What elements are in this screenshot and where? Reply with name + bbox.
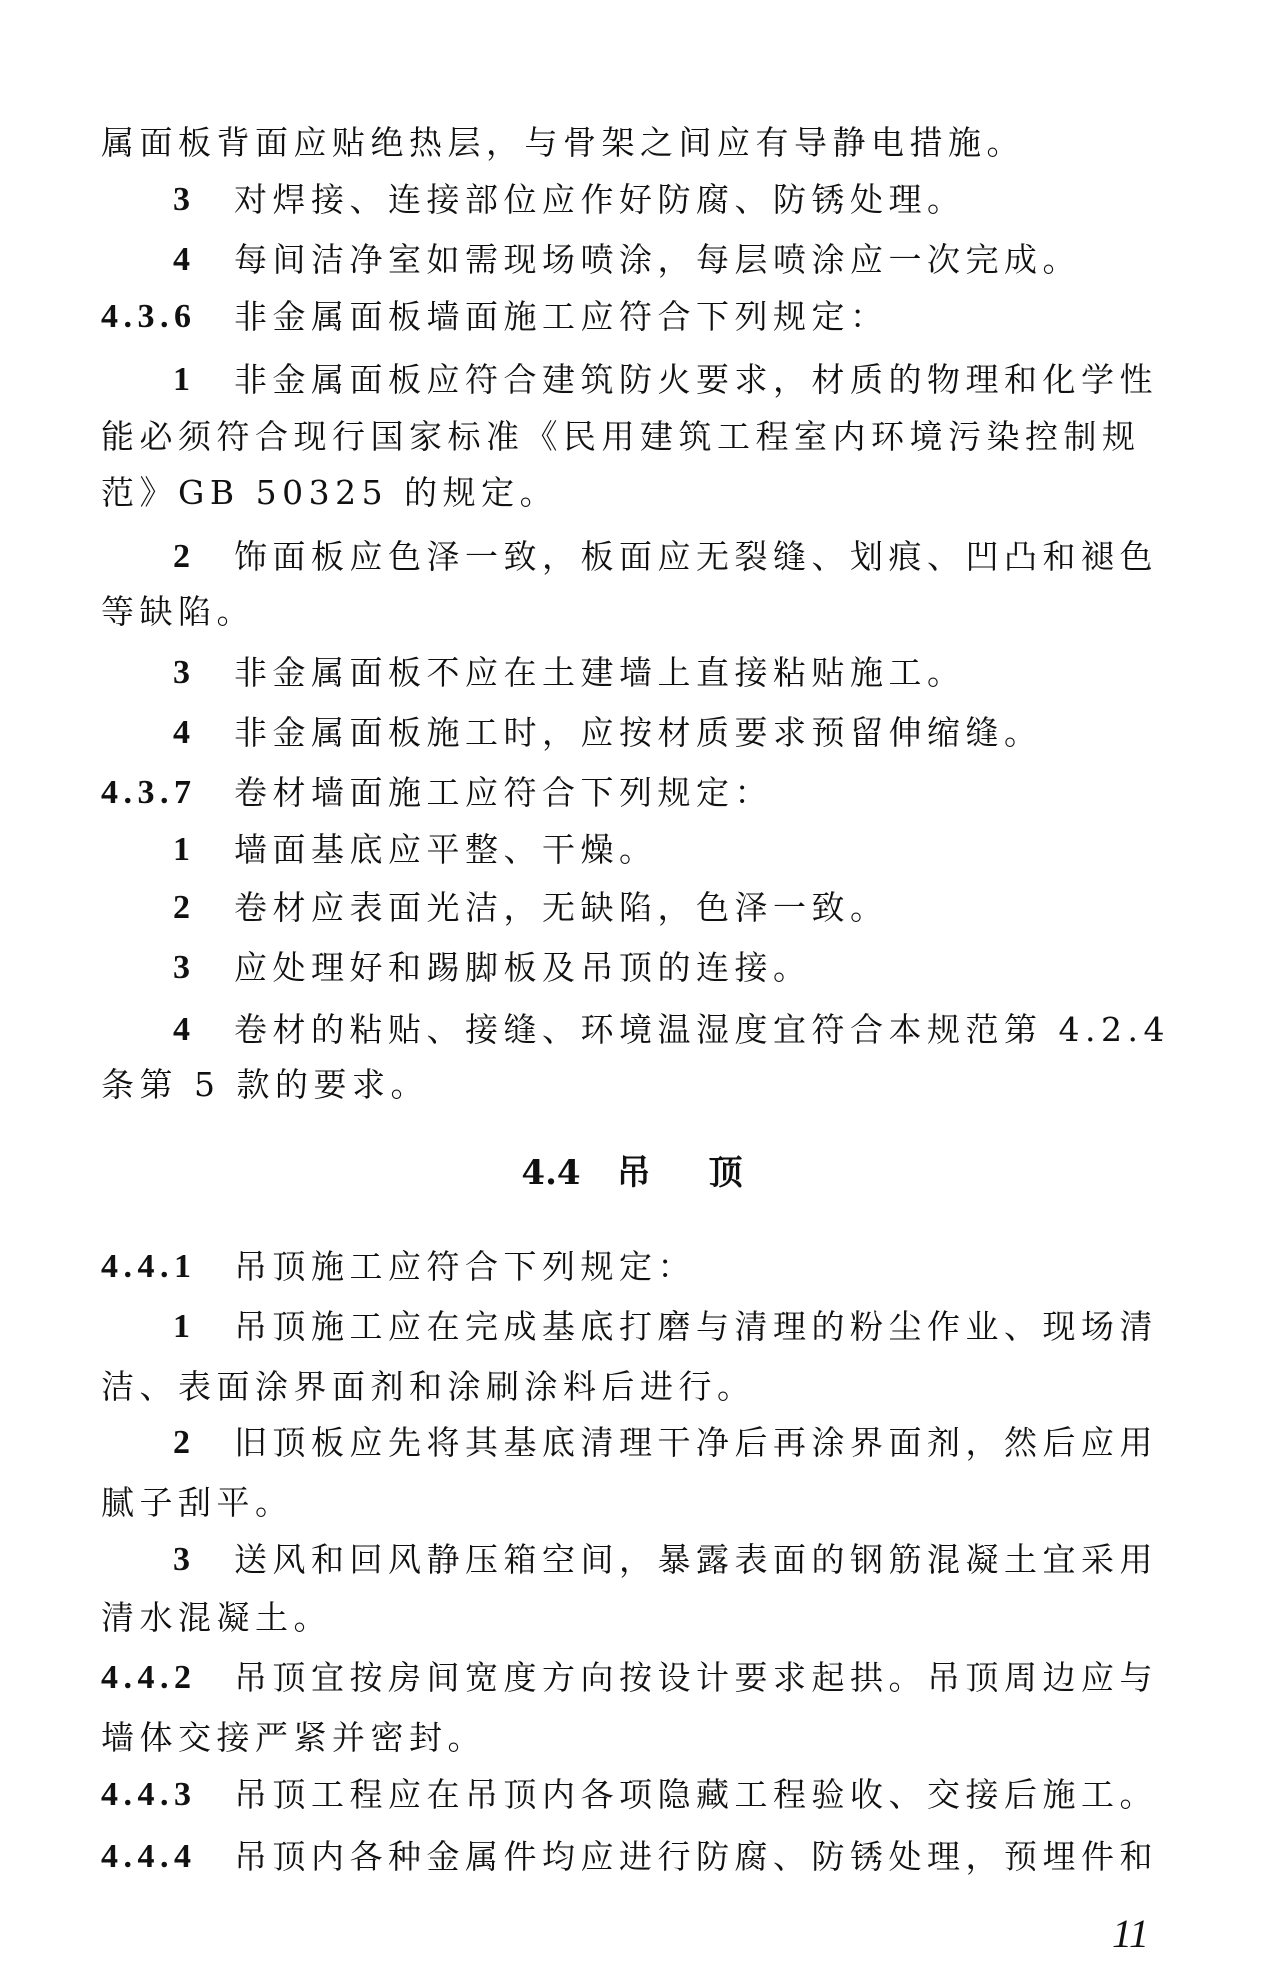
item-number: 2 <box>173 886 196 930</box>
clause-number: 4.3.6 <box>101 295 197 339</box>
page-number: 11 <box>1112 1910 1149 1957</box>
line-text: 能必须符合现行国家标准《民用建筑工程室内环境污染控制规 <box>101 417 1141 456</box>
item-text: 墙面基底应平整、干燥。 <box>234 828 658 872</box>
clause-text: 吊顶内各种金属件均应进行防腐、防锈处理，预埋件和 <box>234 1835 1158 1879</box>
section-number: 4.4 <box>521 1151 580 1195</box>
line-text: 条第 5 款的要求。 <box>101 1065 429 1104</box>
text-line: 洁、表面涂界面剂和涂刷涂料后进行。 <box>101 1365 1191 1409</box>
item-number: 4 <box>173 238 196 282</box>
line-text: 等缺陷。 <box>101 592 255 631</box>
line-text: 墙体交接严紧并密封。 <box>101 1718 486 1757</box>
item-text: 应处理好和踢脚板及吊顶的连接。 <box>234 946 812 990</box>
clause-number: 4.4.2 <box>101 1656 197 1700</box>
item-text: 卷材应表面光洁，无缺陷，色泽一致。 <box>234 886 889 930</box>
line-text: 属面板背面应贴绝热层，与骨架之间应有导静电措施。 <box>101 123 1025 162</box>
clause-number: 4.4.1 <box>101 1245 197 1289</box>
clause-number: 4.4.3 <box>101 1773 197 1817</box>
line-text: 清水混凝土。 <box>101 1598 332 1637</box>
clause-number: 4.3.7 <box>101 771 197 815</box>
clause-number: 4.4.4 <box>101 1835 197 1879</box>
item-number: 3 <box>173 651 196 695</box>
item-text: 非金属面板不应在土建墙上直接粘贴施工。 <box>234 651 966 695</box>
line-text: 洁、表面涂界面剂和涂刷涂料后进行。 <box>101 1367 756 1406</box>
text-line: 范》GB 50325 的规定。 <box>101 471 1191 515</box>
item-number: 4 <box>173 1008 196 1052</box>
item-number: 1 <box>173 358 196 402</box>
text-line: 条第 5 款的要求。 <box>101 1063 1191 1107</box>
clause-text: 吊顶宜按房间宽度方向按设计要求起拱。吊顶周边应与 <box>234 1656 1158 1700</box>
text-line: 墙体交接严紧并密封。 <box>101 1716 1191 1760</box>
item-number: 3 <box>173 178 196 222</box>
item-text: 非金属面板施工时，应按材质要求预留伸缩缝。 <box>234 711 1043 755</box>
item-number: 1 <box>173 1305 196 1349</box>
item-number: 2 <box>173 535 196 579</box>
line-text: 范》GB 50325 的规定。 <box>101 473 558 512</box>
item-number: 3 <box>173 946 196 990</box>
text-line: 清水混凝土。 <box>101 1596 1191 1640</box>
item-text: 对焊接、连接部位应作好防腐、防锈处理。 <box>234 178 966 222</box>
text-line: 腻子刮平。 <box>101 1481 1191 1525</box>
item-text: 吊顶施工应在完成基底打磨与清理的粉尘作业、现场清 <box>234 1305 1158 1349</box>
item-text: 卷材的粘贴、接缝、环境温湿度宜符合本规范第 4.2.4 <box>234 1008 1170 1052</box>
item-text: 非金属面板应符合建筑防火要求，材质的物理和化学性 <box>234 358 1158 402</box>
section-title-part: 顶 <box>709 1151 743 1195</box>
text-line: 属面板背面应贴绝热层，与骨架之间应有导静电措施。 <box>101 121 1191 165</box>
section-title-part: 吊 <box>617 1151 651 1195</box>
item-number: 2 <box>173 1421 196 1465</box>
clause-text: 吊顶工程应在吊顶内各项隐藏工程验收、交接后施工。 <box>234 1773 1158 1817</box>
item-number: 3 <box>173 1538 196 1582</box>
item-text: 饰面板应色泽一致，板面应无裂缝、划痕、凹凸和褪色 <box>234 535 1158 579</box>
clause-text: 非金属面板墙面施工应符合下列规定： <box>234 295 889 339</box>
section-heading: 4.4吊顶 <box>0 1151 1264 1195</box>
item-number: 4 <box>173 711 196 755</box>
clause-text: 卷材墙面施工应符合下列规定： <box>234 771 773 815</box>
clause-text: 吊顶施工应符合下列规定： <box>234 1245 696 1289</box>
item-text: 送风和回风静压箱空间，暴露表面的钢筋混凝土宜采用 <box>234 1538 1158 1582</box>
item-number: 1 <box>173 828 196 872</box>
item-text: 每间洁净室如需现场喷涂，每层喷涂应一次完成。 <box>234 238 1081 282</box>
item-text: 旧顶板应先将其基底清理干净后再涂界面剂，然后应用 <box>234 1421 1158 1465</box>
text-line: 等缺陷。 <box>101 590 1191 634</box>
text-line: 能必须符合现行国家标准《民用建筑工程室内环境污染控制规 <box>101 415 1191 459</box>
line-text: 腻子刮平。 <box>101 1483 294 1522</box>
